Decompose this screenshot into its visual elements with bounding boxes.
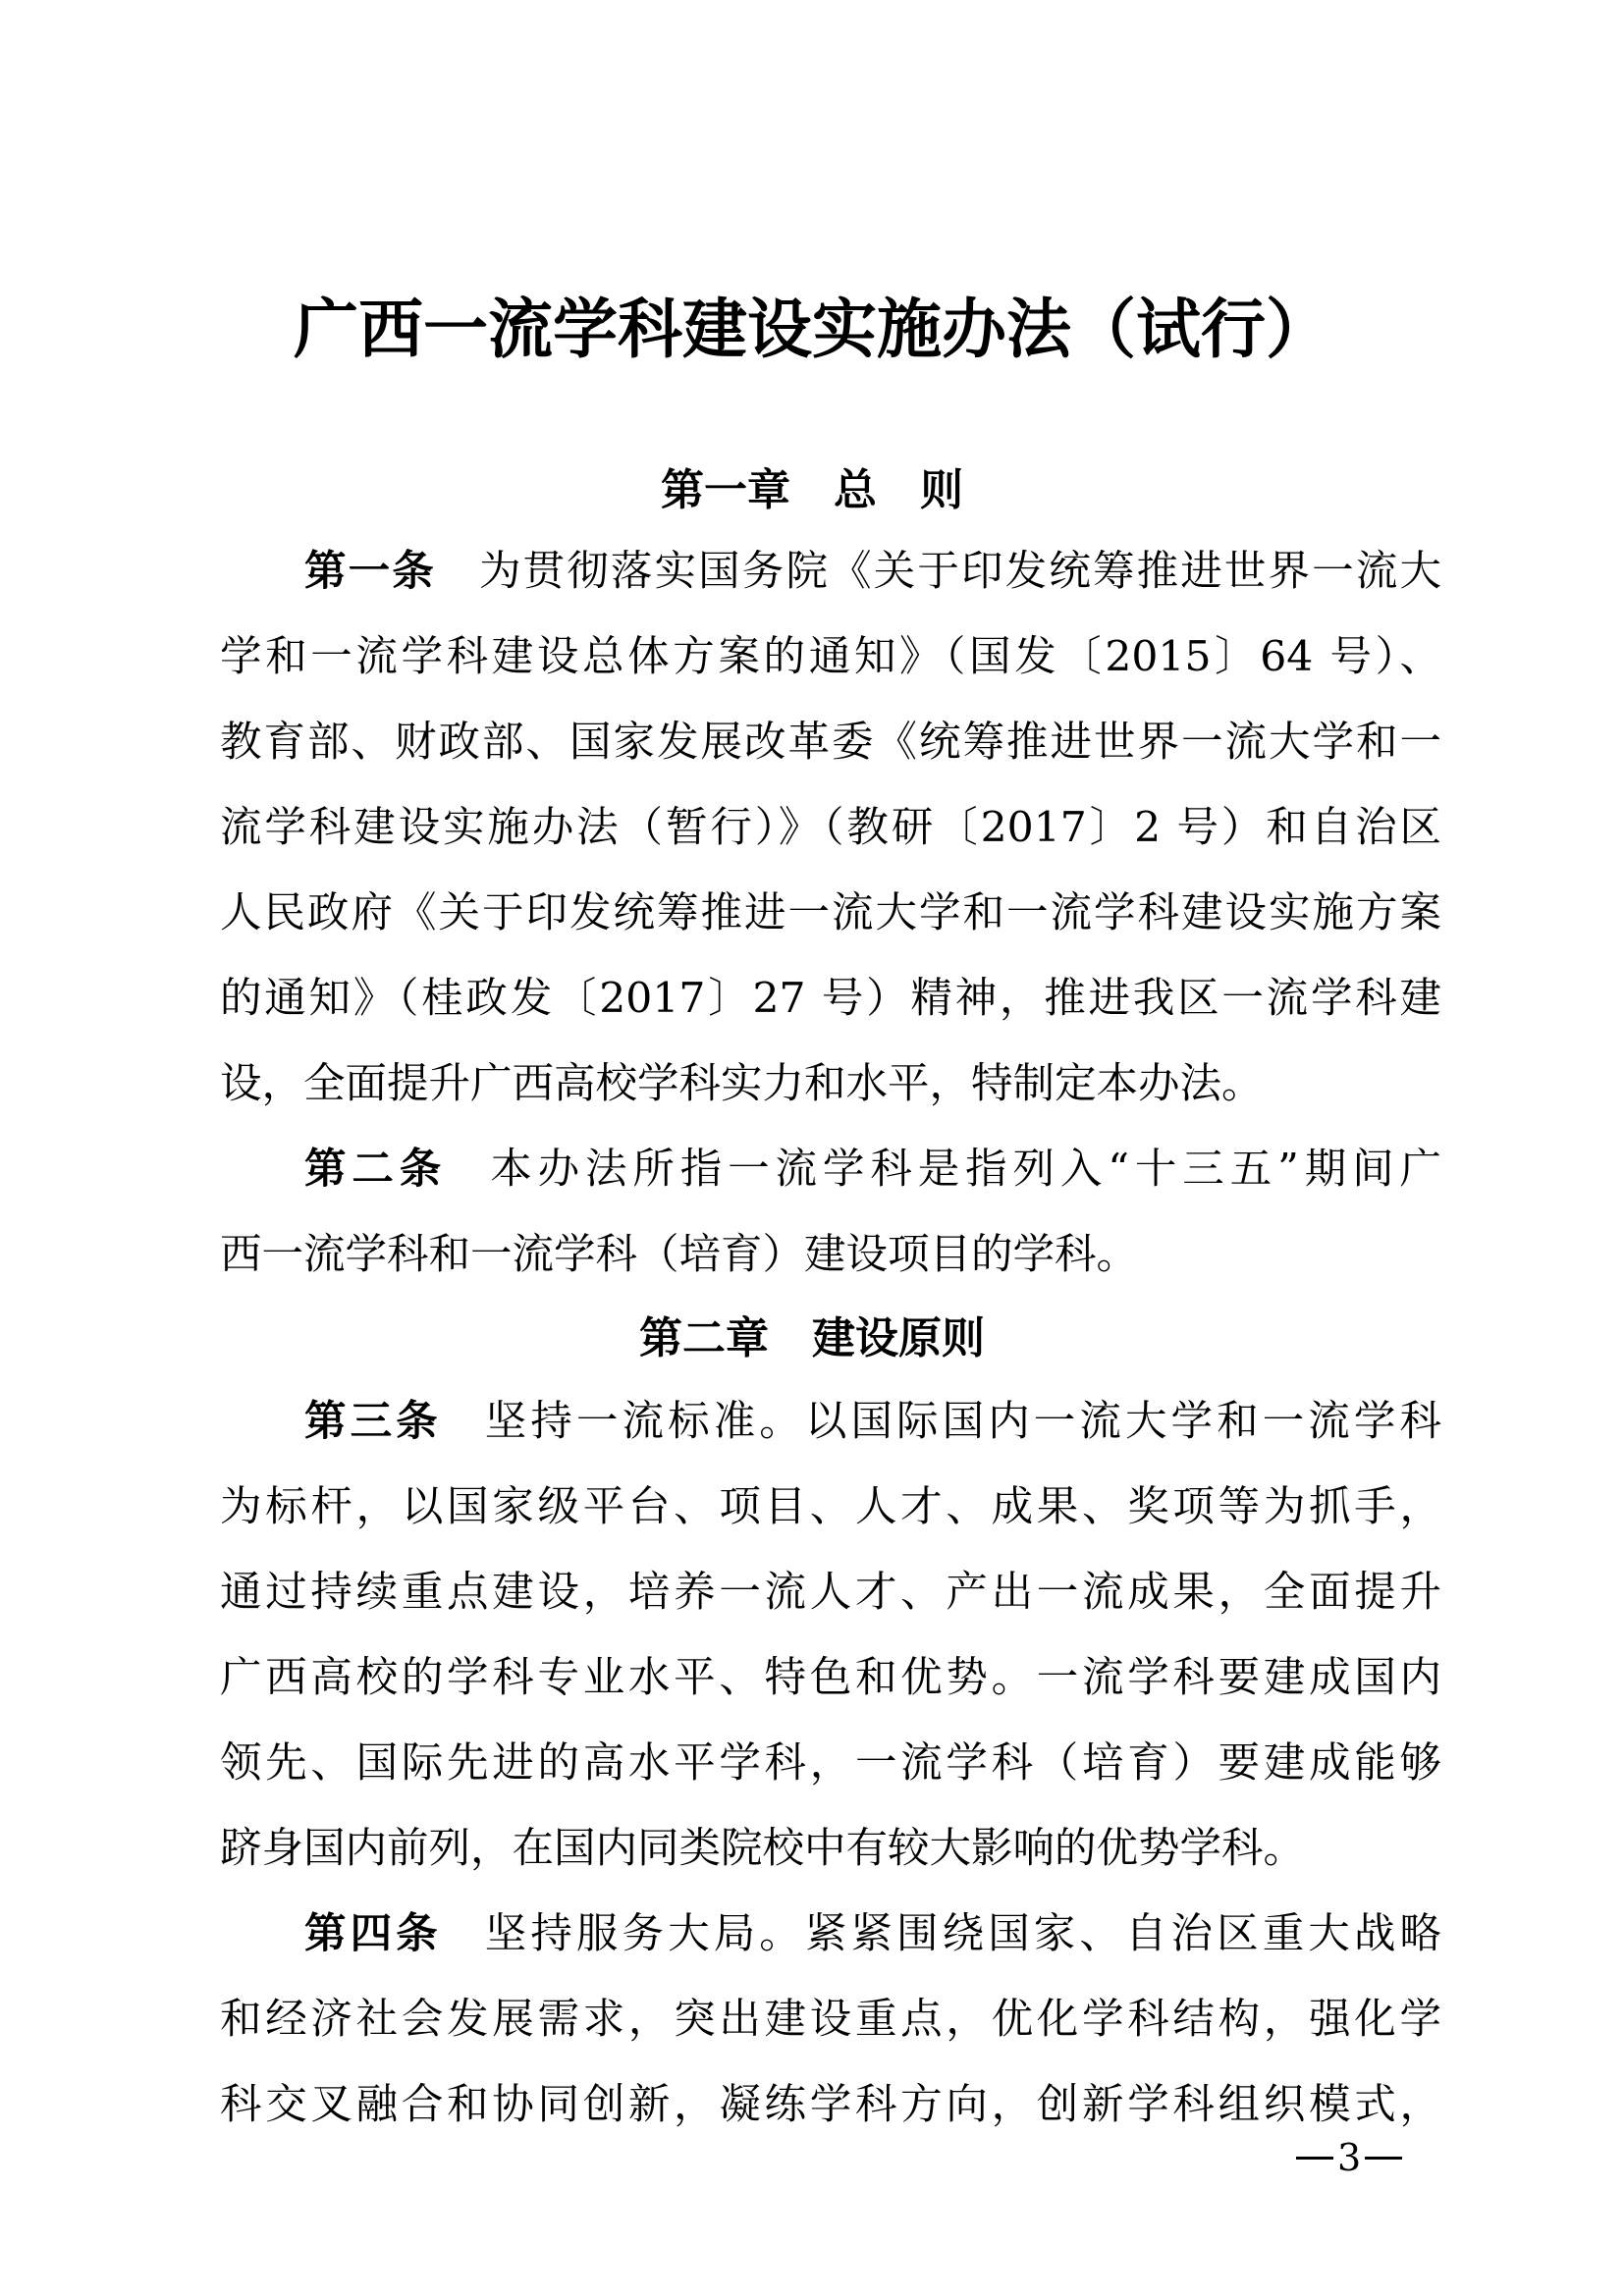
dash-decoration (1296, 2157, 1333, 2160)
article-line: 领先、国际先进的高水平学科，一流学科（培育）要建成能够 (220, 1735, 1441, 1793)
article-label: 第四条 (304, 1910, 442, 1958)
article-line: 广西高校的学科专业水平、特色和优势。一流学科要建成国内 (220, 1649, 1441, 1708)
article-line: 的通知》（桂政发〔2017〕27 号）精神，推进我区一流学科建 (220, 970, 1441, 1029)
chapter-heading: 第二章 建设原则 (0, 1309, 1624, 1368)
article-label: 第三条 (304, 1398, 442, 1446)
article-line: 流学科建设实施办法（暂行）》（教研〔2017〕2 号）和自治区 (220, 799, 1441, 858)
dash-decoration (1365, 2157, 1402, 2160)
article-line: 科交叉融合和协同创新，凝练学科方向，创新学科组织模式， (220, 2076, 1441, 2135)
article-line: 设，全面提升广西高校学科实力和水平，特制定本办法。 (220, 1055, 1441, 1114)
article-line: 为标杆，以国家级平台、项目、人才、成果、奖项等为抓手， (220, 1478, 1441, 1537)
article-line: 西一流学科和一流学科（培育）建设项目的学科。 (220, 1226, 1441, 1285)
page-number: 3 (1296, 2138, 1402, 2177)
article-line: 跻身国内前列，在国内同类院校中有较大影响的优势学科。 (220, 1820, 1441, 1879)
article-line: 学和一流学科建设总体方案的通知》（国发〔2015〕64 号）、 (220, 628, 1441, 687)
article-line: 教育部、财政部、国家发展改革委《统筹推进世界一流大学和一 (220, 714, 1441, 773)
article-line: 第四条坚持服务大局。紧紧围绕国家、自治区重大战略 (304, 1905, 1441, 1964)
article-line: 和经济社会发展需求，突出建设重点，优化学科结构，强化学 (220, 1991, 1441, 2050)
article-label: 第一条 (304, 548, 436, 596)
chapter-heading: 第一章 总 则 (0, 461, 1624, 520)
article-line: 第三条坚持一流标准。以国际国内一流大学和一流学科 (304, 1393, 1441, 1452)
article-line: 人民政府《关于印发统筹推进一流大学和一流学科建设实施方案 (220, 884, 1441, 943)
document-title: 广西一流学科建设实施办法（试行） (0, 290, 1624, 368)
article-line: 第二条本办法所指一流学科是指列入“十三五”期间广 (304, 1141, 1441, 1200)
article-line: 通过持续重点建设，培养一流人才、产出一流成果，全面提升 (220, 1564, 1441, 1623)
article-line: 第一条为贯彻落实国务院《关于印发统筹推进世界一流大 (304, 543, 1441, 602)
article-label: 第二条 (304, 1146, 447, 1194)
